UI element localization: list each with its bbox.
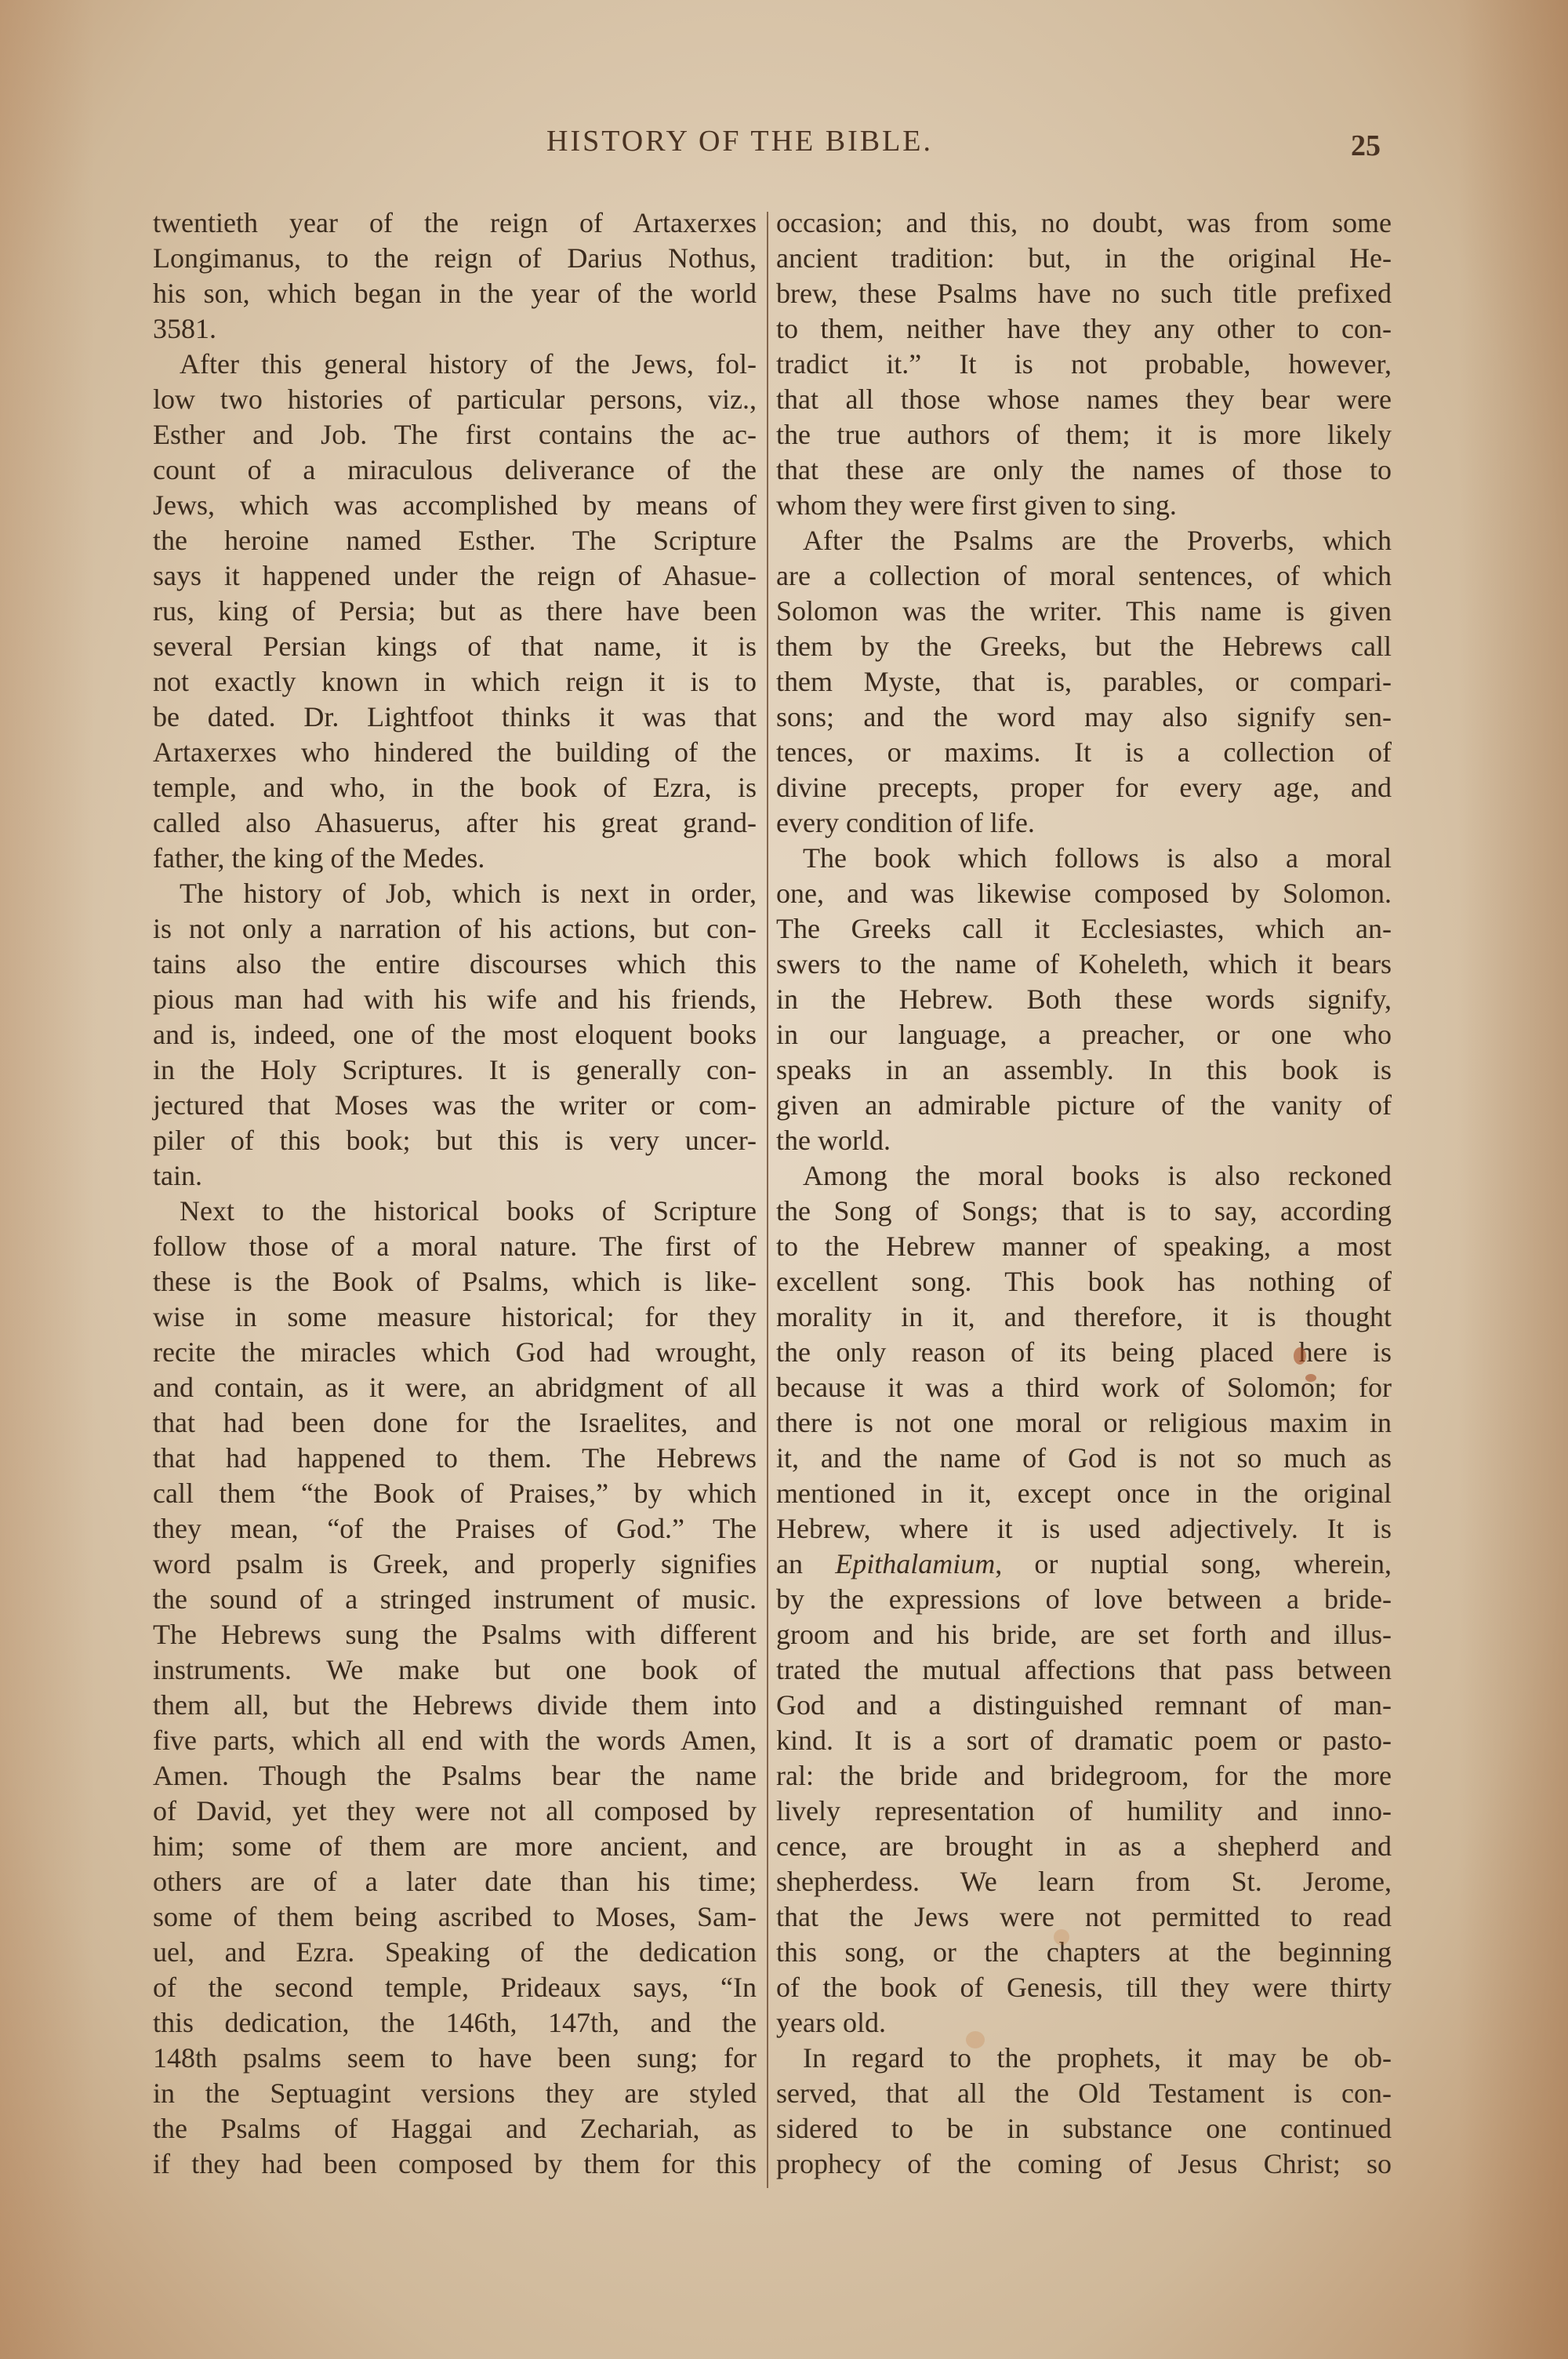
text-line: the Psalms of Haggai and Zechariah, as	[153, 2111, 757, 2146]
text-line: says it happened under the reign of Ahas…	[153, 558, 757, 594]
text-line: they mean, “of the Praises of God.” The	[153, 1511, 757, 1547]
text-line: swers to the name of Koheleth, which it …	[776, 947, 1392, 982]
text-line: in the Holy Scriptures. It is generally …	[153, 1052, 757, 1088]
text-line: that the Jews were not permitted to read	[776, 1899, 1392, 1935]
text-line: them Myste, that is, parables, or compar…	[776, 664, 1392, 700]
text-line: sons; and the word may also signify sen-	[776, 700, 1392, 735]
text-line: uel, and Ezra. Speaking of the dedicatio…	[153, 1935, 757, 1970]
text-line: be dated. Dr. Lightfoot thinks it was th…	[153, 700, 757, 735]
text-line: mentioned in it, except once in the orig…	[776, 1476, 1392, 1511]
text-line: The Hebrews sung the Psalms with differe…	[153, 1617, 757, 1652]
text-line: instruments. We make but one book of	[153, 1652, 757, 1688]
text-line: ancient tradition: but, in the original …	[776, 241, 1392, 276]
text-line: Artaxerxes who hindered the building of …	[153, 735, 757, 770]
text-line: in the Septuagint versions they are styl…	[153, 2076, 757, 2111]
text-line: Among the moral books is also reckoned	[776, 1158, 1392, 1194]
text-line: there is not one moral or religious maxi…	[776, 1405, 1392, 1441]
text-line: five parts, which all end with the words…	[153, 1723, 757, 1758]
text-line: called also Ahasuerus, after his great g…	[153, 805, 757, 841]
text-line: prophecy of the coming of Jesus Christ; …	[776, 2146, 1392, 2182]
text-line: his son, which began in the year of the …	[153, 276, 757, 311]
text-line: him; some of them are more ancient, and	[153, 1829, 757, 1864]
text-line: sidered to be in substance one continued	[776, 2111, 1392, 2146]
text-line: morality in it, and therefore, it is tho…	[776, 1299, 1392, 1335]
text-line: wise in some measure historical; for the…	[153, 1299, 757, 1335]
text-line: in our language, a preacher, or one who	[776, 1017, 1392, 1052]
text-line: Next to the historical books of Scriptur…	[153, 1194, 757, 1229]
text-line: Amen. Though the Psalms bear the name	[153, 1758, 757, 1794]
text-line: jectured that Moses was the writer or co…	[153, 1088, 757, 1123]
text-line: others are of a later date than his time…	[153, 1864, 757, 1899]
text-line: Longimanus, to the reign of Darius Nothu…	[153, 241, 757, 276]
running-head: HISTORY OF THE BIBLE. 25	[0, 124, 1568, 163]
text-line: After this general history of the Jews, …	[153, 347, 757, 382]
text-line: father, the king of the Medes.	[153, 841, 757, 876]
text-line: ral: the bride and bridegroom, for the m…	[776, 1758, 1392, 1794]
text-line: in the Hebrew. Both these words signify,	[776, 982, 1392, 1017]
text-line: God and a distinguished remnant of man-	[776, 1688, 1392, 1723]
text-line: temple, and who, in the book of Ezra, is	[153, 770, 757, 805]
text-line: these is the Book of Psalms, which is li…	[153, 1264, 757, 1299]
text-line: an Epithalamium, or nuptial song, wherei…	[776, 1547, 1392, 1582]
left-column: twentieth year of the reign of Artaxerxe…	[153, 205, 757, 2182]
text-line: are a collection of moral sentences, of …	[776, 558, 1392, 594]
text-line: every condition of life.	[776, 805, 1392, 841]
text-line: tains also the entire discourses which t…	[153, 947, 757, 982]
text-line: years old.	[776, 2005, 1392, 2041]
text-line: rus, king of Persia; but as there have b…	[153, 594, 757, 629]
text-line: of David, yet they were not all composed…	[153, 1794, 757, 1829]
text-line: several Persian kings of that name, it i…	[153, 629, 757, 664]
text-line: word psalm is Greek, and properly signif…	[153, 1547, 757, 1582]
text-line: shepherdess. We learn from St. Jerome,	[776, 1864, 1392, 1899]
text-line: the Song of Songs; that is to say, accor…	[776, 1194, 1392, 1229]
text-line: After the Psalms are the Proverbs, which	[776, 523, 1392, 558]
book-page: HISTORY OF THE BIBLE. 25 twentieth year …	[0, 0, 1568, 2359]
text-line: In regard to the prophets, it may be ob-	[776, 2041, 1392, 2076]
text-line: The book which follows is also a moral	[776, 841, 1392, 876]
text-line: twentieth year of the reign of Artaxerxe…	[153, 205, 757, 241]
text-line: the sound of a stringed instrument of mu…	[153, 1582, 757, 1617]
text-line: the heroine named Esther. The Scripture	[153, 523, 757, 558]
text-line: brew, these Psalms have no such title pr…	[776, 276, 1392, 311]
text-line: that had been done for the Israelites, a…	[153, 1405, 757, 1441]
text-line: and is, indeed, one of the most eloquent…	[153, 1017, 757, 1052]
text-line: The history of Job, which is next in ord…	[153, 876, 757, 911]
text-line: given an admirable picture of the vanity…	[776, 1088, 1392, 1123]
text-line: Solomon was the writer. This name is giv…	[776, 594, 1392, 629]
text-line: by the expressions of love between a bri…	[776, 1582, 1392, 1617]
text-line: follow those of a moral nature. The firs…	[153, 1229, 757, 1264]
text-line: speaks in an assembly. In this book is	[776, 1052, 1392, 1088]
text-line: to them, neither have they any other to …	[776, 311, 1392, 347]
text-line: recite the miracles which God had wrough…	[153, 1335, 757, 1370]
text-line: kind. It is a sort of dramatic poem or p…	[776, 1723, 1392, 1758]
text-line: divine precepts, proper for every age, a…	[776, 770, 1392, 805]
text-line: served, that all the Old Testament is co…	[776, 2076, 1392, 2111]
text-line: call them “the Book of Praises,” by whic…	[153, 1476, 757, 1511]
right-column: occasion; and this, no doubt, was from s…	[776, 205, 1392, 2182]
text-line: cence, are brought in as a shepherd and	[776, 1829, 1392, 1864]
column-rule	[767, 212, 768, 2188]
text-line: that all those whose names they bear wer…	[776, 382, 1392, 417]
text-line: count of a miraculous deliverance of the	[153, 453, 757, 488]
text-line: is not only a narration of his actions, …	[153, 911, 757, 947]
text-line: of the book of Genesis, till they were t…	[776, 1970, 1392, 2005]
text-line: and contain, as it were, an abridgment o…	[153, 1370, 757, 1405]
text-line: that these are only the names of those t…	[776, 453, 1392, 488]
text-line: pious man had with his wife and his frie…	[153, 982, 757, 1017]
text-line: lively representation of humility and in…	[776, 1794, 1392, 1829]
text-line: one, and was likewise composed by Solomo…	[776, 876, 1392, 911]
text-line: Jews, which was accomplished by means of	[153, 488, 757, 523]
text-line: low two histories of particular persons,…	[153, 382, 757, 417]
italic-term: Epithalamium	[835, 1548, 995, 1579]
text-line: trated the mutual affections that pass b…	[776, 1652, 1392, 1688]
text-line: The Greeks call it Ecclesiastes, which a…	[776, 911, 1392, 947]
text-line: the true authors of them; it is more lik…	[776, 417, 1392, 453]
text-line: whom they were first given to sing.	[776, 488, 1392, 523]
text-line: groom and his bride, are set forth and i…	[776, 1617, 1392, 1652]
text-line: excellent song. This book has nothing of	[776, 1264, 1392, 1299]
text-line: to the Hebrew manner of speaking, a most	[776, 1229, 1392, 1264]
text-line: some of them being ascribed to Moses, Sa…	[153, 1899, 757, 1935]
text-line: the world.	[776, 1123, 1392, 1158]
text-line: it, and the name of God is not so much a…	[776, 1441, 1392, 1476]
running-title: HISTORY OF THE BIBLE.	[546, 124, 933, 158]
text-line: occasion; and this, no doubt, was from s…	[776, 205, 1392, 241]
text-line: Esther and Job. The first contains the a…	[153, 417, 757, 453]
text-line: if they had been composed by them for th…	[153, 2146, 757, 2182]
text-line: tradict it.” It is not probable, however…	[776, 347, 1392, 382]
text-line: piler of this book; but this is very unc…	[153, 1123, 757, 1158]
text-line: the only reason of its being placed here…	[776, 1335, 1392, 1370]
text-line: of the second temple, Prideaux says, “In	[153, 1970, 757, 2005]
text-line: not exactly known in which reign it is t…	[153, 664, 757, 700]
text-line: tences, or maxims. It is a collection of	[776, 735, 1392, 770]
text-line: them all, but the Hebrews divide them in…	[153, 1688, 757, 1723]
text-line: that had happened to them. The Hebrews	[153, 1441, 757, 1476]
text-line: tain.	[153, 1158, 757, 1194]
page-number: 25	[1351, 129, 1381, 163]
text-line: Hebrew, where it is used adjectively. It…	[776, 1511, 1392, 1547]
text-line: 3581.	[153, 311, 757, 347]
text-line: 148th psalms seem to have been sung; for	[153, 2041, 757, 2076]
text-line: this dedication, the 146th, 147th, and t…	[153, 2005, 757, 2041]
text-line: because it was a third work of Solomon; …	[776, 1370, 1392, 1405]
text-line: this song, or the chapters at the beginn…	[776, 1935, 1392, 1970]
text-line: them by the Greeks, but the Hebrews call	[776, 629, 1392, 664]
